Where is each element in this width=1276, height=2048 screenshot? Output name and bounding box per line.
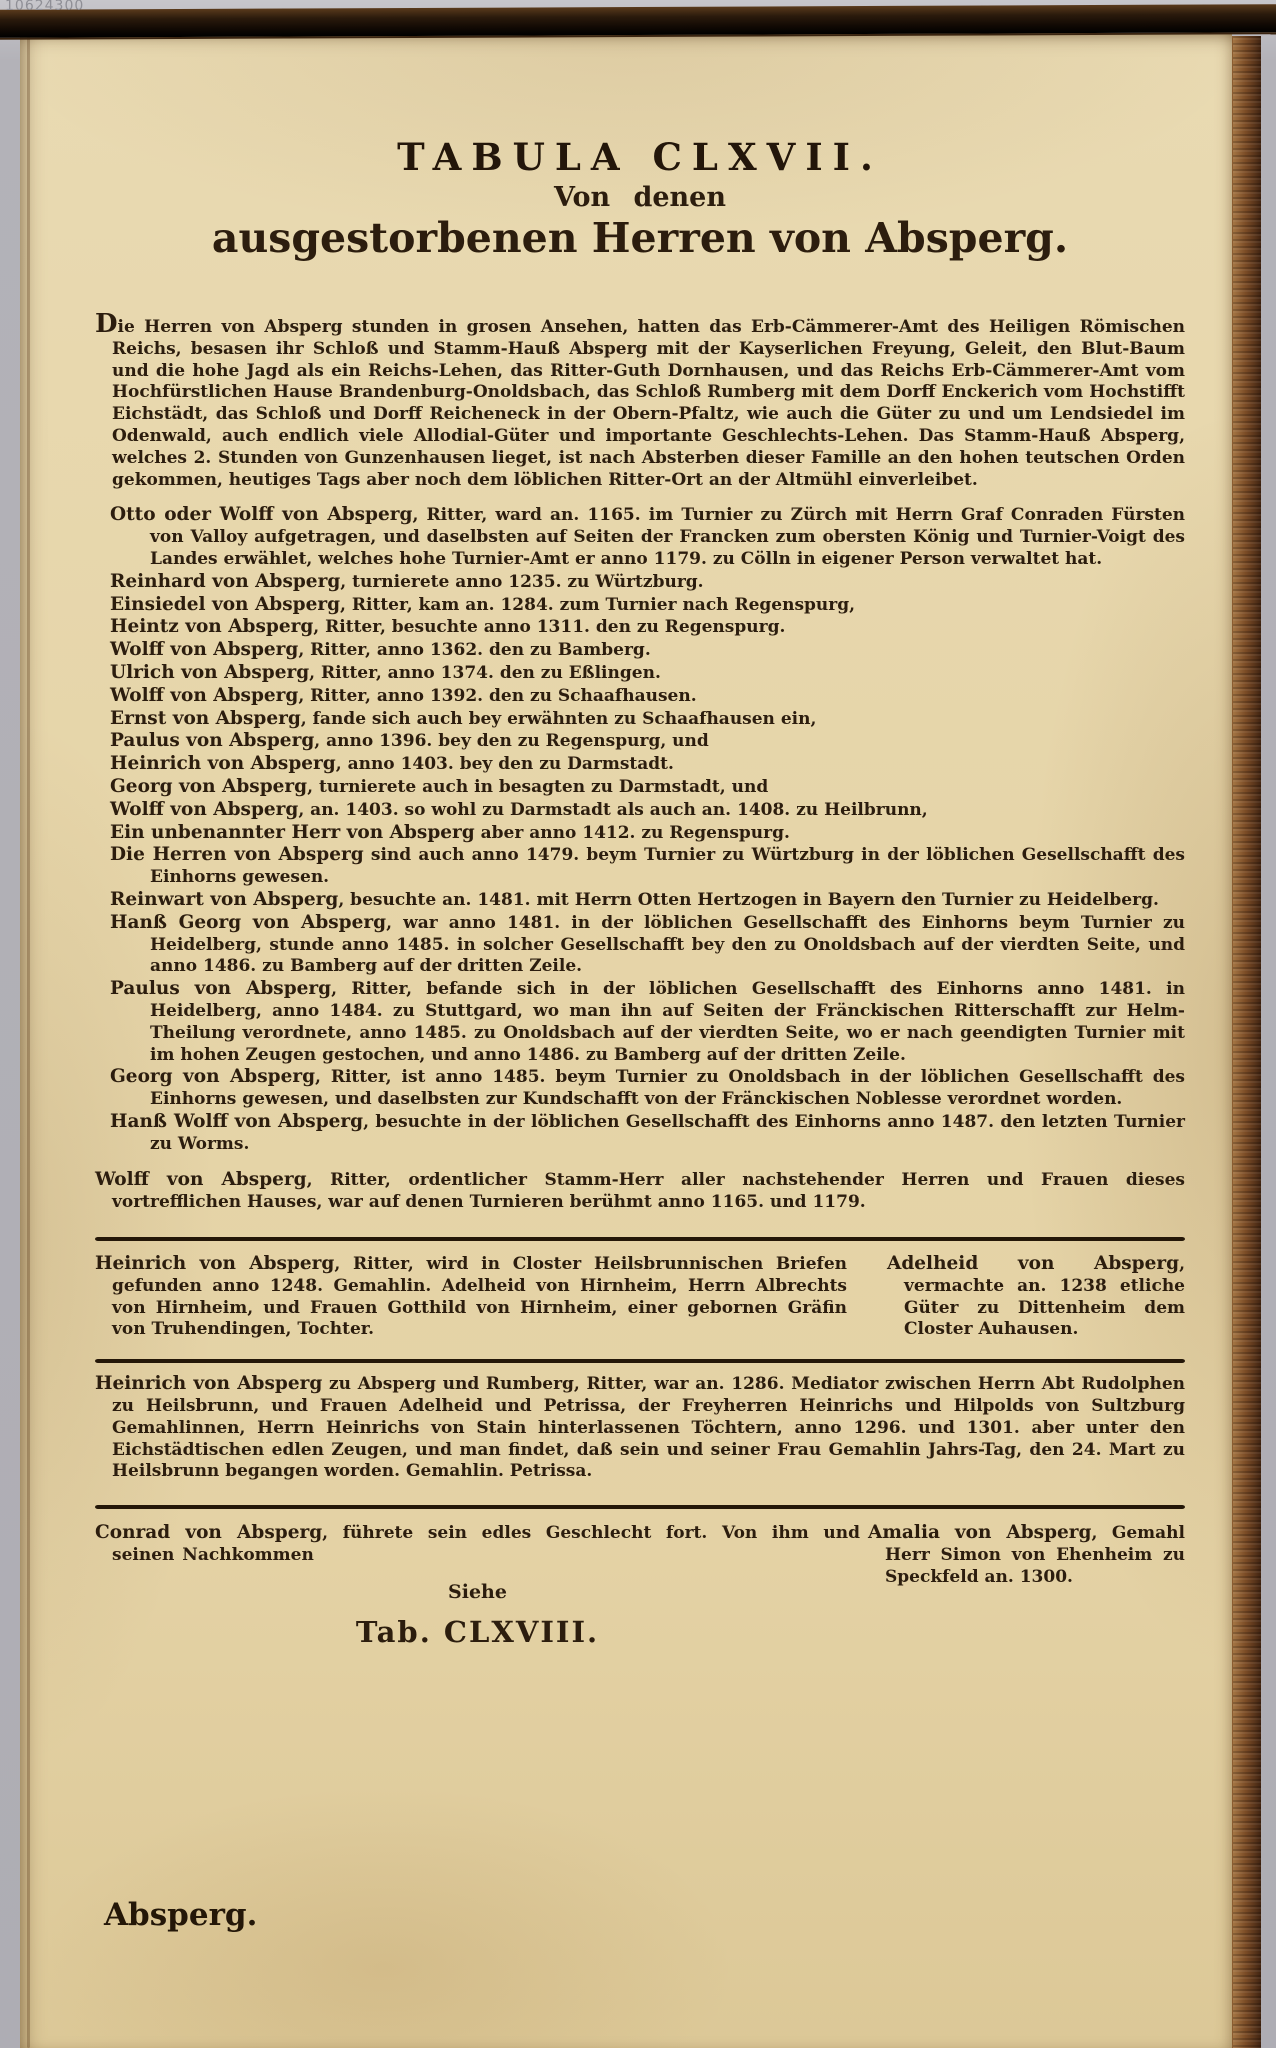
tournament-entry: Paulus von Absperg, anno 1396. bey den z… bbox=[110, 730, 1185, 753]
stammherr-name: Wolff von Absperg bbox=[95, 1169, 307, 1190]
entry-person-name: Ernst von Absperg bbox=[110, 708, 301, 729]
tournament-entry: Hanß Wolff von Absperg, besuchte in der … bbox=[110, 1111, 1185, 1156]
book-top-edge bbox=[0, 4, 1276, 40]
page-main-title: ausgestorbenen Herren von Absperg. bbox=[95, 214, 1185, 262]
stammherr-paragraph: Wolff von Absperg, Ritter, ordentlicher … bbox=[95, 1169, 1185, 1214]
tournament-entry: Ein unbenannter Herr von Absperg aber an… bbox=[110, 822, 1185, 845]
entry-person-name: Wolff von Absperg bbox=[110, 639, 298, 660]
amalia-paragraph: Amalia von Absperg, Gemahl Herr Simon vo… bbox=[868, 1522, 1185, 1588]
tournament-entry: Die Herren von Absperg sind auch anno 14… bbox=[110, 844, 1185, 889]
tournament-entry: Einsiedel von Absperg, Ritter, kam an. 1… bbox=[110, 594, 1185, 617]
book-right-edge bbox=[1232, 36, 1261, 2048]
tournament-entry: Otto oder Wolff von Absperg, Ritter, war… bbox=[110, 504, 1185, 570]
entry-text: , an. 1403. so wohl zu Darmstadt als auc… bbox=[298, 800, 927, 820]
tournament-entry: Ernst von Absperg, fande sich auch bey e… bbox=[110, 708, 1185, 731]
page-subtitle: Von denen bbox=[95, 182, 1185, 213]
tournament-entry: Heinrich von Absperg, anno 1403. bey den… bbox=[110, 753, 1185, 776]
entry-text: , turnierete anno 1235. zu Würtzburg. bbox=[340, 572, 703, 592]
entry-person-name: Wolff von Absperg bbox=[110, 685, 298, 706]
entry-person-name: Heinrich von Absperg bbox=[110, 753, 336, 774]
heinrich-1286-name: Heinrich von Absperg bbox=[95, 1373, 322, 1394]
tournament-entry: Wolff von Absperg, Ritter, anno 1392. de… bbox=[110, 685, 1185, 708]
heinrich-1248-name: Heinrich von Absperg bbox=[95, 1253, 334, 1274]
entry-person-name: Die Herren von Absperg bbox=[110, 844, 364, 865]
entry-text: , Ritter, anno 1392. den zu Schaafhausen… bbox=[298, 686, 696, 706]
entry-person-name: Einsiedel von Absperg bbox=[110, 594, 340, 615]
catchword-absperg: Absperg. bbox=[104, 1897, 257, 1933]
adelheid-name: Adelheid von Absperg bbox=[887, 1253, 1179, 1274]
page-content: TABULA CLXVII. Von denen ausgestorbenen … bbox=[95, 33, 1185, 1649]
entry-text: , fande sich auch bey erwähnten zu Schaa… bbox=[301, 709, 817, 729]
page-title-tabula: TABULA CLXVII. bbox=[95, 135, 1185, 179]
entry-text: , Ritter, anno 1362. den zu Bamberg. bbox=[298, 640, 650, 660]
entry-person-name: Wolff von Absperg bbox=[110, 799, 298, 820]
entry-text: aber anno 1412. zu Regenspurg. bbox=[475, 823, 790, 843]
entry-text: , turnierete auch in besagten zu Darmsta… bbox=[307, 777, 768, 797]
see-label: Siehe bbox=[95, 1581, 860, 1603]
tournament-entry: Georg von Absperg, turnierete auch in be… bbox=[110, 776, 1185, 799]
tournament-entry: Georg von Absperg, Ritter, ist anno 1485… bbox=[110, 1066, 1185, 1111]
heinrich-1248-paragraph: Heinrich von Absperg, Ritter, wird in Cl… bbox=[95, 1253, 847, 1341]
scan-backdrop: { "scan": { "watermark": "10624300" }, "… bbox=[0, 0, 1276, 2048]
entry-person-name: Reinwart von Absperg bbox=[110, 889, 338, 910]
entry-person-name: Ulrich von Absperg bbox=[110, 662, 309, 683]
section-divider-3 bbox=[95, 1505, 1185, 1509]
amalia-name: Amalia von Absperg bbox=[868, 1522, 1091, 1543]
tournament-entry: Hanß Georg von Absperg, war anno 1481. i… bbox=[110, 912, 1185, 978]
section-divider-1 bbox=[95, 1237, 1185, 1241]
entry-person-name: Georg von Absperg bbox=[110, 1066, 315, 1087]
conrad-paragraph: Conrad von Absperg, führete sein edles G… bbox=[95, 1522, 860, 1567]
see-reference-tab: Tab. CLXVIII. bbox=[95, 1615, 860, 1649]
entry-person-name: Hanß Georg von Absperg bbox=[110, 912, 386, 933]
entry-person-name: Georg von Absperg bbox=[110, 776, 307, 797]
entry-person-name: Reinhard von Absperg bbox=[110, 571, 340, 592]
entry-text: , anno 1403. bey den zu Darmstadt. bbox=[336, 754, 674, 774]
page-gutter-crease bbox=[27, 33, 30, 2048]
tournament-entry: Wolff von Absperg, an. 1403. so wohl zu … bbox=[110, 799, 1185, 822]
section-divider-2 bbox=[95, 1359, 1185, 1363]
entry-text: , Ritter, anno 1374. den zu Eßlingen. bbox=[309, 663, 661, 683]
heinrich-1286-paragraph: Heinrich von Absperg zu Absperg und Rumb… bbox=[95, 1373, 1185, 1483]
scan-id-watermark: 10624300 bbox=[5, 0, 84, 14]
entry-text: , anno 1396. bey den zu Regenspurg, und bbox=[314, 731, 709, 751]
intro-paragraph: Die Herren von Absperg stunden in grosen… bbox=[95, 314, 1185, 491]
entry-person-name: Hanß Wolff von Absperg bbox=[110, 1111, 363, 1132]
section-heinrich-1248: Heinrich von Absperg, Ritter, wird in Cl… bbox=[95, 1253, 1185, 1341]
entry-person-name: Otto oder Wolff von Absperg bbox=[110, 504, 412, 525]
book-page: TABULA CLXVII. Von denen ausgestorbenen … bbox=[20, 33, 1232, 2048]
tournament-entry: Reinwart von Absperg, besuchte an. 1481.… bbox=[110, 889, 1185, 912]
tournament-entry: Heintz von Absperg, Ritter, besuchte ann… bbox=[110, 616, 1185, 639]
entry-person-name: Ein unbenannter Herr von Absperg bbox=[110, 822, 475, 843]
tournament-entries-list: Otto oder Wolff von Absperg, Ritter, war… bbox=[95, 504, 1185, 1155]
entry-person-name: Paulus von Absperg bbox=[110, 730, 314, 751]
entry-text: , Ritter, kam an. 1284. zum Turnier nach… bbox=[340, 595, 855, 615]
tournament-entry: Wolff von Absperg, Ritter, anno 1362. de… bbox=[110, 639, 1185, 662]
entry-text: , Ritter, besuchte anno 1311. den zu Reg… bbox=[313, 617, 785, 637]
adelheid-paragraph: Adelheid von Absperg, vermachte an. 1238… bbox=[887, 1253, 1185, 1341]
entry-text: , besuchte an. 1481. mit Herrn Otten Her… bbox=[338, 890, 1159, 910]
tournament-entry: Paulus von Absperg, Ritter, befande sich… bbox=[110, 978, 1185, 1066]
entry-person-name: Heintz von Absperg bbox=[110, 616, 313, 637]
section-conrad: Conrad von Absperg, führete sein edles G… bbox=[95, 1522, 1185, 1649]
tournament-entry: Ulrich von Absperg, Ritter, anno 1374. d… bbox=[110, 662, 1185, 685]
entry-person-name: Paulus von Absperg bbox=[110, 978, 331, 999]
conrad-name: Conrad von Absperg bbox=[95, 1522, 322, 1543]
tournament-entry: Reinhard von Absperg, turnierete anno 12… bbox=[110, 571, 1185, 594]
